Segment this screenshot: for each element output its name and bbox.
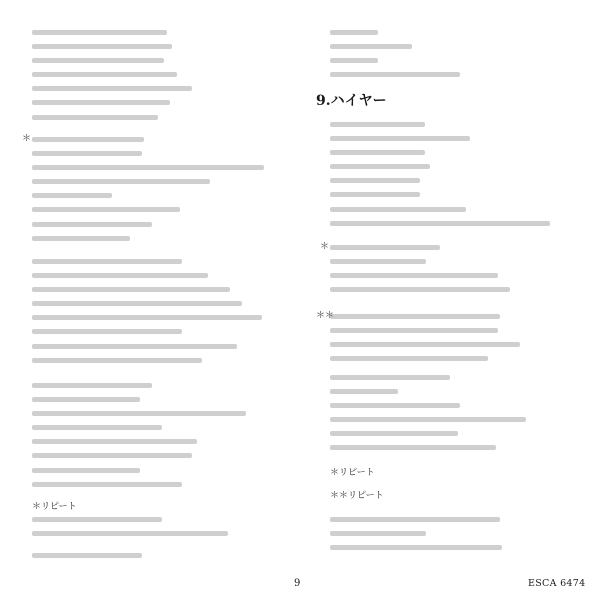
lyric-line <box>32 325 262 339</box>
lyric-placeholder <box>330 122 425 127</box>
lyric-line <box>32 53 192 67</box>
lyric-line <box>330 25 460 39</box>
lyric-line <box>330 427 526 441</box>
lyric-placeholder <box>32 482 182 487</box>
lyric-line <box>32 463 246 477</box>
lyric-line <box>330 441 526 455</box>
lyric-placeholder <box>330 328 498 333</box>
chorus-marker: ＊＊ <box>316 309 334 323</box>
lyric-line <box>330 526 502 540</box>
lyric-placeholder <box>330 245 440 250</box>
lyric-placeholder <box>330 136 470 141</box>
lyric-placeholder <box>32 301 242 306</box>
repeat-marker: ＊＊リピート <box>330 489 384 503</box>
lyric-placeholder <box>32 358 202 363</box>
lyric-line <box>330 39 460 53</box>
lyric-line <box>330 384 526 398</box>
lyric-line <box>32 548 142 562</box>
repeat-marker: ＊リピート <box>330 466 375 480</box>
lyric-placeholder <box>32 30 167 35</box>
lyric-placeholder <box>32 151 142 156</box>
lyric-stanza: ＊ <box>32 132 264 246</box>
lyric-line <box>32 175 264 189</box>
lyric-line <box>330 174 550 188</box>
lyric-placeholder <box>32 287 230 292</box>
lyric-line <box>32 132 264 146</box>
lyric-line <box>32 82 192 96</box>
lyric-line <box>32 110 192 124</box>
lyric-placeholder <box>330 431 458 436</box>
lyric-line <box>330 240 510 254</box>
lyric-placeholder <box>330 164 430 169</box>
lyric-line <box>32 297 262 311</box>
lyric-placeholder <box>32 137 144 142</box>
lyric-placeholder <box>330 342 520 347</box>
lyric-placeholder <box>32 222 152 227</box>
lyric-line <box>330 283 510 297</box>
lyric-placeholder <box>330 273 498 278</box>
lyric-stanza: ＊＊ <box>330 309 520 366</box>
lyric-placeholder <box>330 72 460 77</box>
lyric-placeholder <box>32 72 177 77</box>
lyric-placeholder <box>330 192 420 197</box>
lyric-stanza: ＊ <box>330 240 510 297</box>
lyric-line <box>32 526 228 540</box>
lyric-line <box>330 370 526 384</box>
lyric-placeholder <box>330 545 502 550</box>
chorus-marker: ＊ <box>22 132 31 146</box>
lyric-line <box>330 68 460 82</box>
lyric-placeholder <box>330 389 398 394</box>
lyric-placeholder <box>32 259 182 264</box>
lyric-line <box>330 117 550 131</box>
lyric-placeholder <box>32 453 192 458</box>
lyric-placeholder <box>32 439 197 444</box>
lyric-line <box>330 160 550 174</box>
lyric-line <box>32 160 264 174</box>
lyric-placeholder <box>32 531 228 536</box>
lyric-line <box>32 268 262 282</box>
lyric-stanza <box>32 548 142 562</box>
lyric-line <box>32 339 262 353</box>
lyric-line <box>32 512 228 526</box>
lyric-stanza <box>32 25 192 124</box>
lyric-placeholder <box>32 100 170 105</box>
lyric-line <box>330 398 526 412</box>
lyric-line <box>32 378 246 392</box>
lyric-placeholder <box>32 517 162 522</box>
lyric-placeholder <box>330 517 500 522</box>
lyric-placeholder <box>32 411 246 416</box>
lyric-line <box>330 540 502 554</box>
lyric-stanza <box>330 512 502 555</box>
lyric-placeholder <box>32 193 112 198</box>
lyric-line <box>330 188 550 202</box>
lyric-placeholder <box>32 344 237 349</box>
lyric-line <box>330 216 550 230</box>
lyric-placeholder <box>330 375 450 380</box>
lyric-placeholder <box>32 315 262 320</box>
lyric-placeholder <box>32 207 180 212</box>
catalog-number: ESCA 6474 <box>528 578 585 589</box>
lyric-placeholder <box>32 468 140 473</box>
lyric-line <box>330 131 550 145</box>
lyric-line <box>330 323 520 337</box>
lyric-placeholder <box>330 356 488 361</box>
lyric-placeholder <box>330 221 550 226</box>
lyric-line <box>32 353 262 367</box>
lyric-line <box>32 254 262 268</box>
lyric-line <box>32 25 192 39</box>
song-title: 9.ハイヤー <box>316 92 387 110</box>
lyric-line <box>32 406 246 420</box>
chorus-marker: ＊ <box>320 240 329 254</box>
lyric-line <box>32 39 192 53</box>
lyric-line <box>32 68 192 82</box>
lyric-line <box>32 282 262 296</box>
lyric-line <box>330 337 520 351</box>
lyric-placeholder <box>32 273 208 278</box>
lyric-placeholder <box>330 44 412 49</box>
lyric-line <box>32 146 264 160</box>
lyric-placeholder <box>32 86 192 91</box>
lyric-placeholder <box>330 30 378 35</box>
lyric-placeholder <box>32 397 140 402</box>
lyric-line <box>32 203 264 217</box>
lyric-placeholder <box>32 58 164 63</box>
lyric-line <box>330 145 550 159</box>
lyric-stanza <box>32 378 246 492</box>
page-number: 9 <box>294 578 300 589</box>
lyric-placeholder <box>330 58 378 63</box>
lyric-placeholder <box>32 329 182 334</box>
lyric-placeholder <box>330 287 510 292</box>
lyric-line <box>32 189 264 203</box>
lyric-stanza <box>330 117 550 231</box>
lyric-placeholder <box>330 207 466 212</box>
lyric-line <box>330 53 460 67</box>
lyric-line <box>32 449 246 463</box>
lyric-placeholder <box>330 178 420 183</box>
lyric-line <box>330 268 510 282</box>
lyric-placeholder <box>330 531 426 536</box>
lyric-line <box>330 202 550 216</box>
lyric-placeholder <box>330 417 526 422</box>
lyric-placeholder <box>330 445 496 450</box>
lyric-line <box>330 352 520 366</box>
lyric-placeholder <box>330 314 500 319</box>
lyric-stanza <box>330 25 460 82</box>
lyric-line <box>32 392 246 406</box>
lyric-line <box>32 435 246 449</box>
lyric-placeholder <box>32 115 158 120</box>
lyric-line <box>32 311 262 325</box>
lyric-line <box>32 217 264 231</box>
lyric-stanza <box>32 512 228 540</box>
lyric-line <box>32 231 264 245</box>
lyric-placeholder <box>32 383 152 388</box>
lyric-stanza <box>330 370 526 455</box>
lyric-line <box>330 512 502 526</box>
lyric-placeholder <box>32 165 264 170</box>
lyric-stanza <box>32 254 262 368</box>
lyric-placeholder <box>32 553 142 558</box>
lyric-placeholder <box>330 150 425 155</box>
lyric-line <box>32 421 246 435</box>
lyric-placeholder <box>32 44 172 49</box>
lyric-placeholder <box>32 236 130 241</box>
lyric-placeholder <box>32 425 162 430</box>
lyric-line <box>32 96 192 110</box>
lyric-line <box>330 309 520 323</box>
lyric-line <box>330 413 526 427</box>
lyric-placeholder <box>330 259 426 264</box>
lyric-placeholder <box>330 403 460 408</box>
lyric-line <box>32 477 246 491</box>
lyric-placeholder <box>32 179 210 184</box>
lyric-line <box>330 254 510 268</box>
